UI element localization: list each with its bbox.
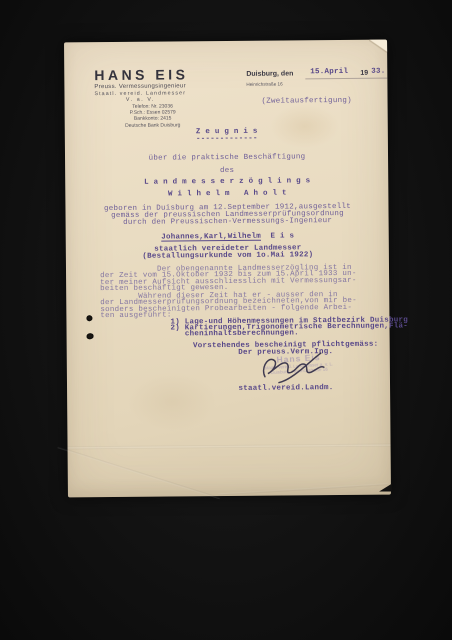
- corner-fold: [369, 40, 387, 53]
- work-list-item: cheninhaltsberechnungen.: [171, 330, 299, 338]
- handwritten-signature: [257, 351, 337, 386]
- signer-subtitle: staatl.vereid.Landm.: [191, 385, 381, 394]
- letterhead-association: V. a. V.: [94, 96, 186, 103]
- paper-crease: [218, 483, 388, 495]
- letterhead-profession: Preuss. Vermessungsingenieur: [94, 83, 186, 90]
- body-line: ten ausgeführt:: [100, 312, 171, 320]
- paper-crease: [57, 446, 220, 499]
- certificate-paper: HANS EIS Preuss. Vermessungsingenieur St…: [64, 40, 391, 498]
- dateline-street: Heinrichstraße 16: [246, 82, 282, 87]
- dateline-rule: [305, 78, 387, 80]
- letterhead-bank-name: Deutsche Bank Duisburg: [105, 122, 201, 129]
- paper-stain: [127, 371, 218, 432]
- letterhead-name: HANS EIS: [94, 66, 188, 83]
- title-des: des: [93, 167, 361, 176]
- born-line: durch den Preussischen-Vermessungs-Ingen…: [94, 218, 362, 227]
- dateline-year-printed: 19: [360, 70, 368, 77]
- issuer-certificate: (Bestallungsurkunde vom 1o.Mai 1922): [94, 252, 362, 261]
- dateline-place: Duisburg, den: [246, 70, 293, 77]
- copy-note: (Zweitausfertigung): [262, 98, 352, 106]
- document-photo: HANS EIS Preuss. Vermessungsingenieur St…: [0, 0, 452, 640]
- pupil-name: W i l h e l m A h o l t: [93, 190, 361, 199]
- paper-crease: [68, 444, 391, 450]
- corner-notch: [379, 484, 392, 492]
- letterhead-contact-block: Telefon: Nr. 23036 P.Sch.: Essen 02579 B…: [105, 103, 201, 129]
- issuer-name: Johannes,Karl,Wilhelm E i s: [94, 233, 362, 242]
- issuer-name-last: E i s: [261, 232, 294, 240]
- title-subtitle: über die praktische Beschäftigung: [93, 154, 361, 163]
- issuer-name-first: Johannes,Karl,Wilhelm: [161, 233, 261, 242]
- punch-hole: [86, 315, 92, 321]
- dateline-date: 15.April: [310, 69, 348, 76]
- pupil-role: L a n d m e s s e r z ö g l i n g s: [93, 178, 361, 187]
- dateline-year-typed: 33.: [371, 69, 385, 76]
- punch-hole: [87, 333, 94, 339]
